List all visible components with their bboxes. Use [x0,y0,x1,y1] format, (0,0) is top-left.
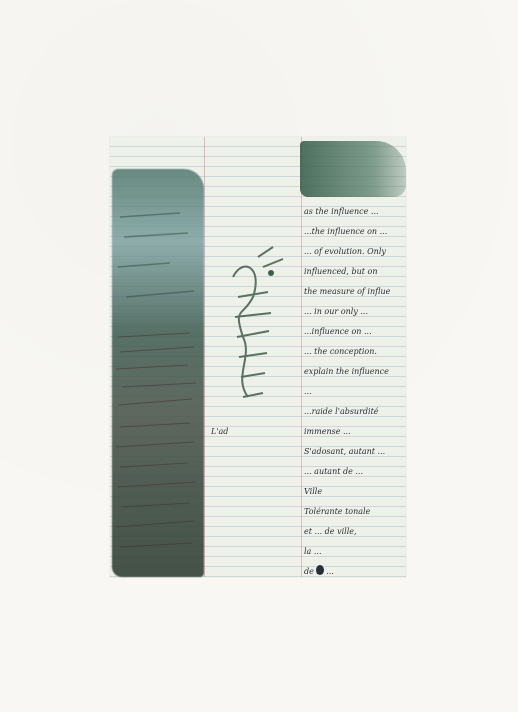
handwritten-text: as the influence ... ...the influence on… [304,207,404,577]
ink-blot [316,565,324,575]
signature-text: L'ad [211,427,228,436]
scribble-marks [110,137,204,577]
handwritten-text-column: as the influence ... ...the influence on… [300,137,406,577]
top-ink-wash [300,141,406,197]
notebook-sheet: L'ad as the influence ... ...the influen… [110,137,406,577]
ink-wash-column [110,137,204,577]
green-ink-figure [213,237,293,437]
sketch-column: L'ad [204,137,302,577]
